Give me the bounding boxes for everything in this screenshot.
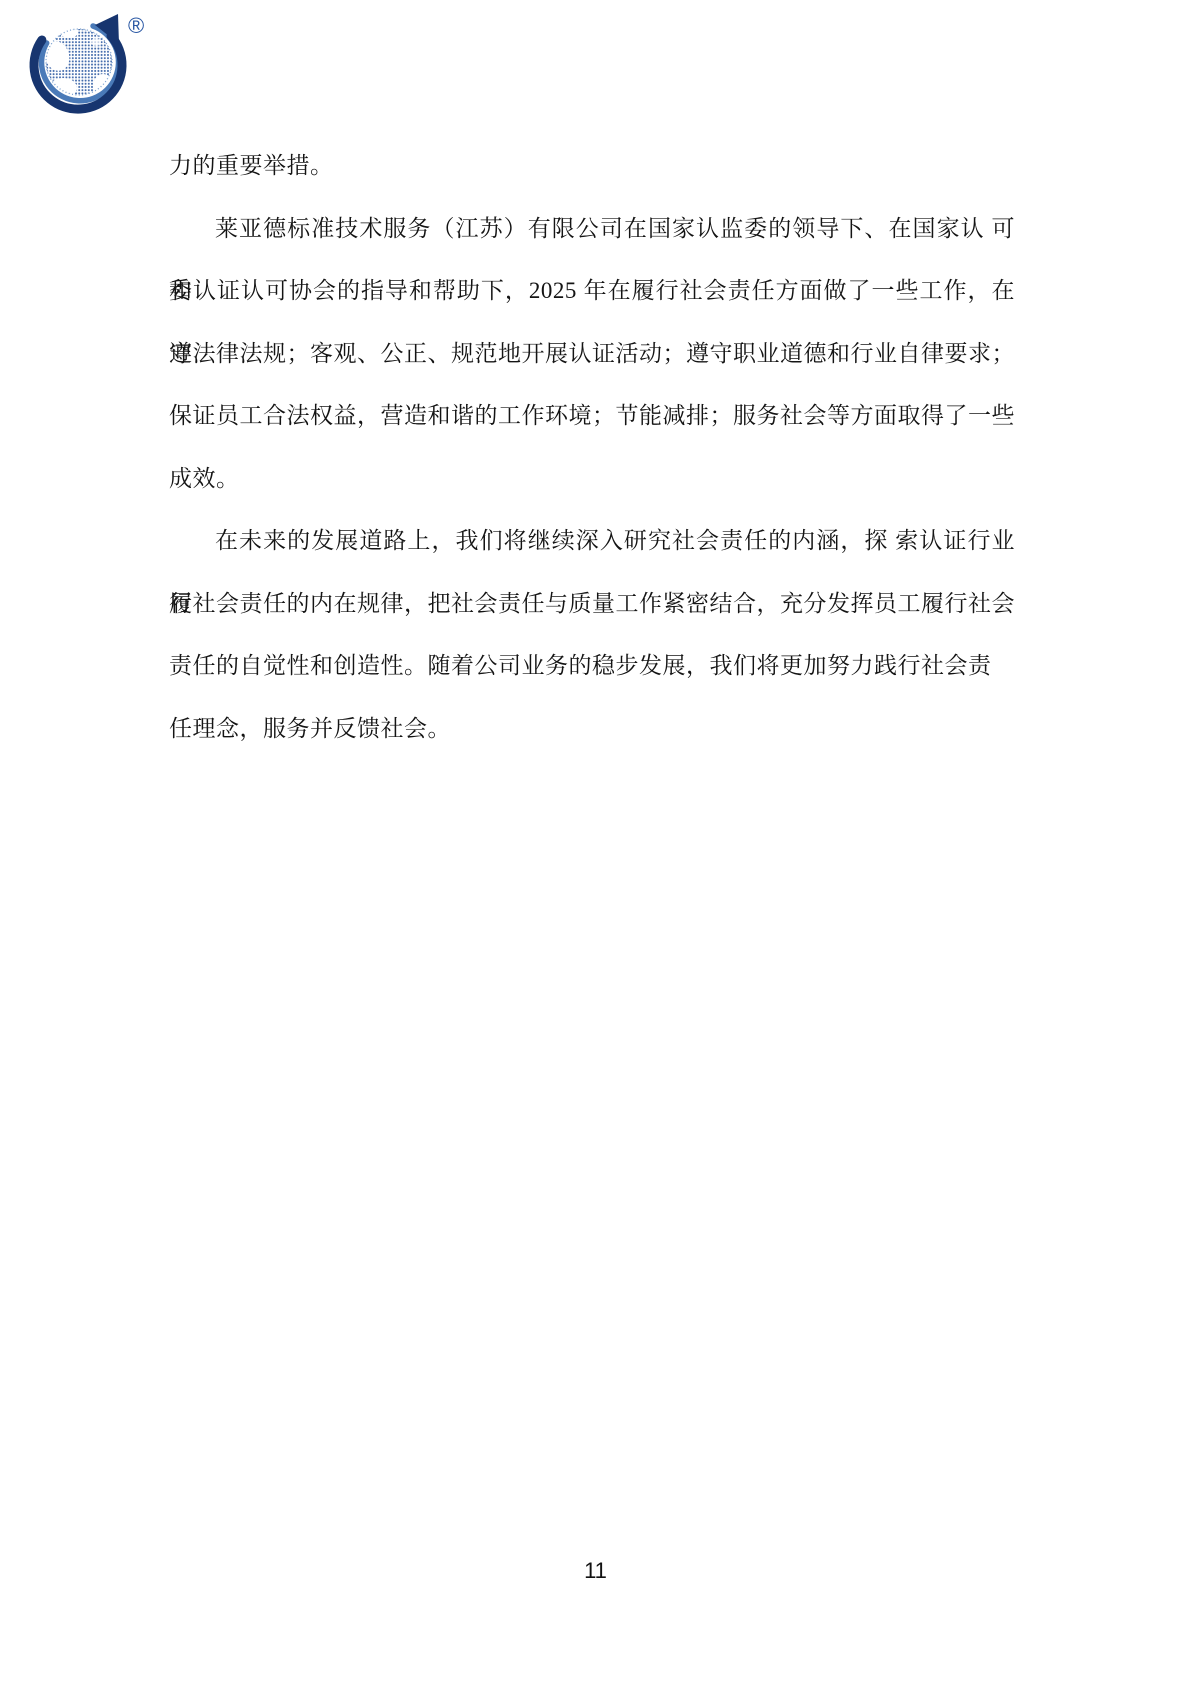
page-number: 11: [0, 1556, 1191, 1586]
text-line: 莱亚德标准技术服务（江苏）有限公司在国家认监委的领导下、在国家认 可委: [169, 198, 1015, 261]
text-line: 和认证认可协会的指导和帮助下，2025 年在履行社会责任方面做了一些工作，在遵: [169, 260, 1015, 323]
company-logo: ®: [33, 12, 145, 118]
text-line: 在未来的发展道路上，我们将继续深入研究社会责任的内涵，探 索认证行业履: [169, 510, 1015, 573]
globe-arrow-icon: ®: [33, 12, 145, 118]
text-line: 责任的自觉性和创造性。随着公司业务的稳步发展，我们将更加努力践行社会责: [169, 635, 1015, 698]
text-line: 守法律法规；客观、公正、规范地开展认证活动；遵守职业道德和行业自律要求；: [169, 323, 1015, 386]
text-line: 任理念，服务并反馈社会。: [169, 698, 1015, 761]
text-line: 行社会责任的内在规律，把社会责任与质量工作紧密结合，充分发挥员工履行社会: [169, 573, 1015, 636]
document-page: ® 力的重要举措。莱亚德标准技术服务（江苏）有限公司在国家认监委的领导下、在国家…: [0, 0, 1191, 1684]
text-line: 力的重要举措。: [169, 135, 1015, 198]
text-line: 成效。: [169, 448, 1015, 511]
text-line: 保证员工合法权益，营造和谐的工作环境；节能减排；服务社会等方面取得了一些: [169, 385, 1015, 448]
document-body: 力的重要举措。莱亚德标准技术服务（江苏）有限公司在国家认监委的领导下、在国家认 …: [169, 135, 1015, 760]
registered-mark: ®: [128, 13, 144, 38]
